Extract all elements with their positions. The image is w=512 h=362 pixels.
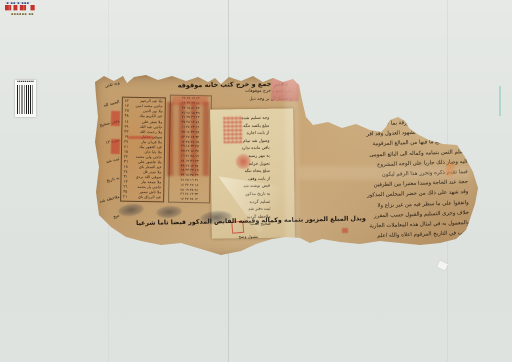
register-entry-number: ٢١ [123,195,127,199]
barcode-bars [17,85,34,114]
register-entry-name: ملا صفر علي [142,119,163,124]
register-entry-name: حاجي عبد الله [140,124,162,129]
register-entry-number: ٣١ [123,175,127,179]
register-entry-number: ٣٦ [124,160,128,164]
register-row: عبد الرزاق باي ٢١ [121,195,163,200]
margin-note: به تاريخ [93,176,120,187]
margin-note: وبه ثقتي [93,81,120,92]
register-entry-number: ٣٣ [124,129,128,133]
register-entry-number: ٢٥ [125,109,129,113]
red-grid-stamp [223,116,242,143]
register-entry-number: ٢٤ [124,170,128,174]
register-entry-name: ملا عاشور علي [138,160,162,165]
archival-spine-label: ·▪·▪▪·▪·▪▪▪· █▌█ █▌ ██▌█ ▪▪▪▪▪▪ ▪▪ [5,1,37,16]
margin-note: ثبت شد [93,157,120,168]
register-entry-name: ملا تاش تيمور [139,190,161,195]
register-entry-number: ٢٧ [124,139,128,143]
register-entry-name: ملا حيدر قل [143,170,162,175]
cursive-text-block: قد وقع التحرير في هذه الورقة بما جرىوكان… [294,116,470,250]
cyan-scanner-artifact [499,86,501,116]
register-column-1: ملا عبد الرحيم ٤٢ حاجي محمد امين ١٧ ملا … [120,97,166,203]
register-entry-name: حاجي يار محمد [137,185,161,190]
register-entry-number: ١٤ [124,119,128,123]
barcode-sticker: ▪▪▪▪▪▪▪▪▪ [15,80,36,117]
ink-seal-impression [117,202,144,218]
register-entry-name: ملا عبد الرحيم [140,99,163,104]
signature-note: مقبول وصح [216,234,258,243]
register-entry-number: ٢٢ [124,154,128,158]
register-entry-name: عبد الكريم بيك [139,114,162,119]
register-entry-number: ١٥ [124,149,128,153]
spine-label-olive-text: ▪▪▪▪▪▪ ▪▪ [11,12,37,16]
register-entry-number: ٤١ [124,144,128,148]
register-entry-name: ملا جمعه نياز [141,180,161,185]
register-entry-name: ملا قربان نياز [141,140,162,145]
red-seal-stamp [236,154,251,169]
register-entry-number: ٢٦ [123,185,127,189]
register-entry-number: ١٨ [124,165,128,169]
register-entry-number: ١٣ [123,180,127,184]
margin-note: الحمد لله [93,100,120,111]
ink-seal-impression [156,205,183,219]
register-entry-name: عبد الغفور بيك [139,145,162,150]
register-entry-name: عبد الستار باي [139,165,162,170]
register-entry-number: ٤٢ [125,99,129,103]
register-entry-number: ١٧ [125,104,129,108]
register-entry-number: ٢٩ [124,124,128,128]
register-entry-name: ملا نور الدين [143,109,163,114]
manuscript-sheet: دفتر جمع و خرج كتب خانه موقوفه وبه ثقتيا… [90,72,490,262]
spine-label-red-text: █▌█ █▌ ██▌█ [5,5,35,12]
red-margin-stamp [111,111,121,126]
red-ink-speck [342,228,348,233]
red-margin-stamp [111,139,121,154]
vertical-fold-highlight [285,72,298,262]
number-grid-row: ١٢ ٢٥ ٣٧ ١٧ [169,197,209,202]
horizontal-fold-highlight [298,166,470,180]
red-ink-mark [128,136,154,139]
register-entry-number: ٣٥ [123,190,127,194]
red-overprint-stripes [167,102,209,176]
register-entry-name: عبد الرزاق باي [138,195,161,200]
margin-note: ملاحظه شد [93,195,120,206]
register-entry-name: ملا بابا جان [144,150,162,155]
manuscript-text-line: قد وقع التحرير في هذه الورقة بما جرى [294,116,466,132]
register-entry-name: ملا رحمت الله [140,130,162,135]
red-overprint-band [172,96,208,105]
register-entry-number: ٣٨ [125,114,129,118]
barcode-caption: ▪▪▪▪▪▪▪▪▪ [15,80,36,84]
